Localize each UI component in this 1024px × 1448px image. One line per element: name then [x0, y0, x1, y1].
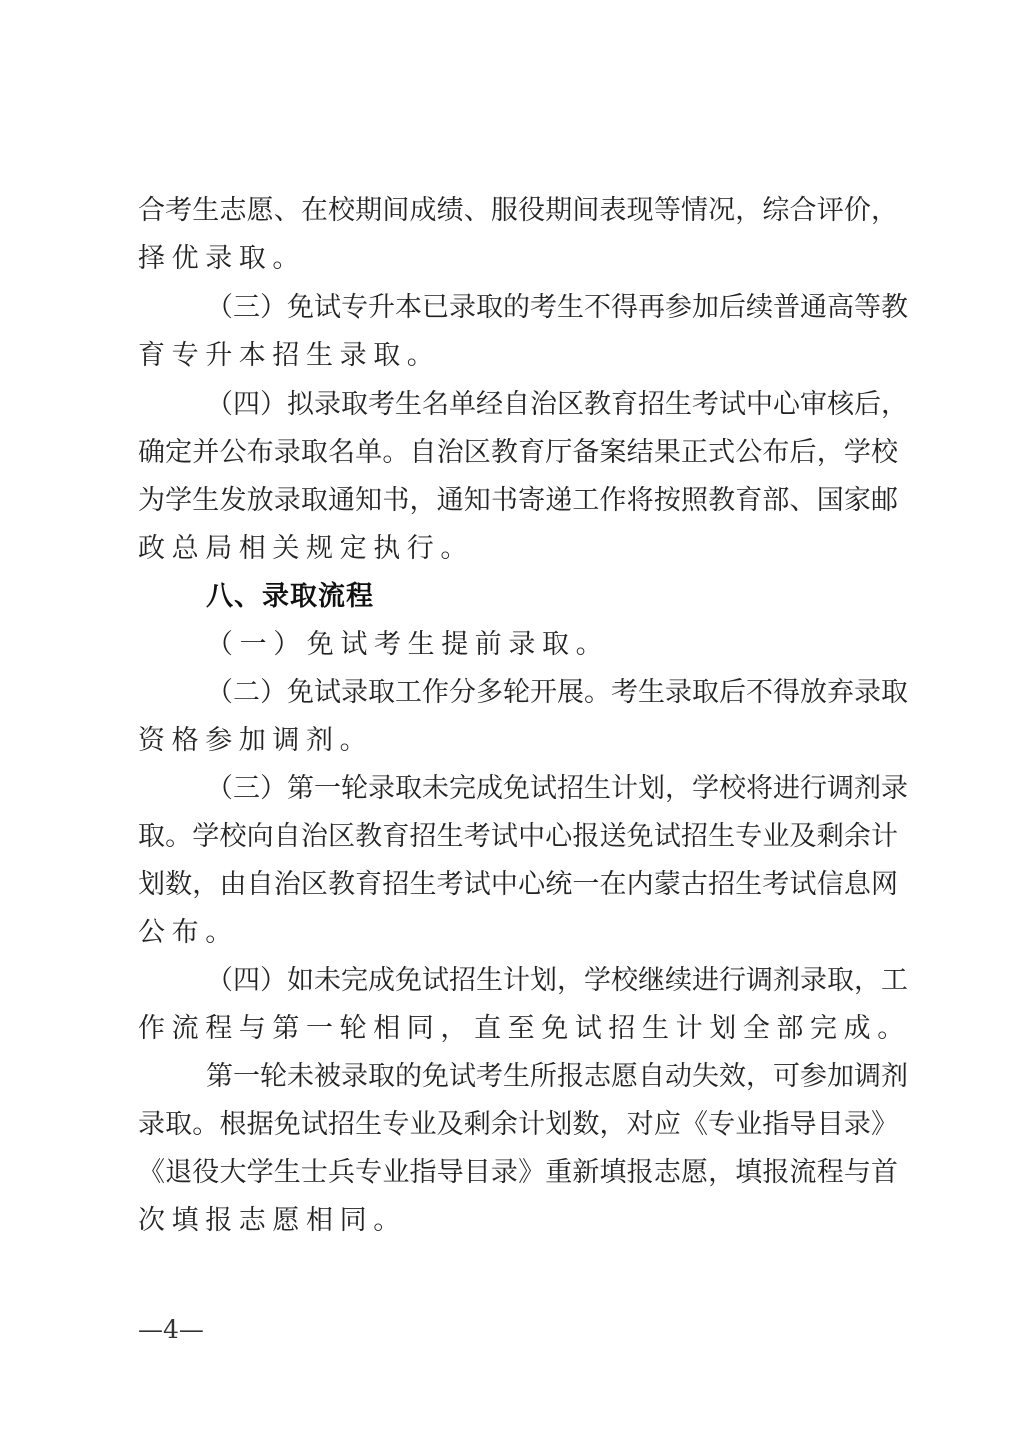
section-heading: 八、录取流程: [206, 574, 966, 620]
note-paragraph-line: 第一轮未被录取的免试考生所报志愿自动失效，可参加调剂: [206, 1054, 898, 1100]
paragraph-line: 政总局相关规定执行。: [138, 526, 898, 572]
paragraph-line: 作流程与第一轮相同，直至免试招生计划全部完成。: [138, 1006, 898, 1052]
step-2-line: （二）免试录取工作分多轮开展。考生录取后不得放弃录取: [206, 670, 898, 716]
paragraph-line: 育专升本招生录取。: [138, 333, 898, 379]
paragraph-line: 确定并公布录取名单。自治区教育厅备案结果正式公布后，学校: [138, 430, 898, 476]
document-page: 合考生志愿、在校期间成绩、服役期间表现等情况，综合评价， 择优录取。 （三）免试…: [0, 0, 1024, 1448]
paragraph-line: 合考生志愿、在校期间成绩、服役期间表现等情况，综合评价，: [138, 188, 898, 234]
paragraph-line: 为学生发放录取通知书，通知书寄递工作将按照教育部、国家邮: [138, 478, 898, 524]
paragraph-line: 划数，由自治区教育招生考试中心统一在内蒙古招生考试信息网: [138, 862, 898, 908]
step-4-line: （四）如未完成免试招生计划，学校继续进行调剂录取，工: [206, 958, 898, 1004]
paragraph-line: 取。学校向自治区教育招生考试中心报送免试招生专业及剩余计: [138, 814, 898, 860]
page-number: —4—: [138, 1312, 204, 1348]
paragraph-line: 次填报志愿相同。: [138, 1198, 898, 1244]
step-3-line: （三）第一轮录取未完成免试招生计划，学校将进行调剂录: [206, 766, 898, 812]
paragraph-line: 录取。根据免试招生专业及剩余计划数，对应《专业指导目录》: [138, 1102, 898, 1148]
paragraph-line: 资格参加调剂。: [138, 718, 898, 764]
clause-4-line: （四）拟录取考生名单经自治区教育招生考试中心审核后，: [206, 382, 898, 428]
step-1-line: （一）免试考生提前录取。: [206, 622, 966, 668]
paragraph-line: 公布。: [138, 910, 898, 956]
clause-3-line: （三）免试专升本已录取的考生不得再参加后续普通高等教: [206, 285, 898, 331]
paragraph-line: 择优录取。: [138, 236, 898, 282]
paragraph-line: 《退役大学生士兵专业指导目录》重新填报志愿，填报流程与首: [138, 1150, 898, 1196]
